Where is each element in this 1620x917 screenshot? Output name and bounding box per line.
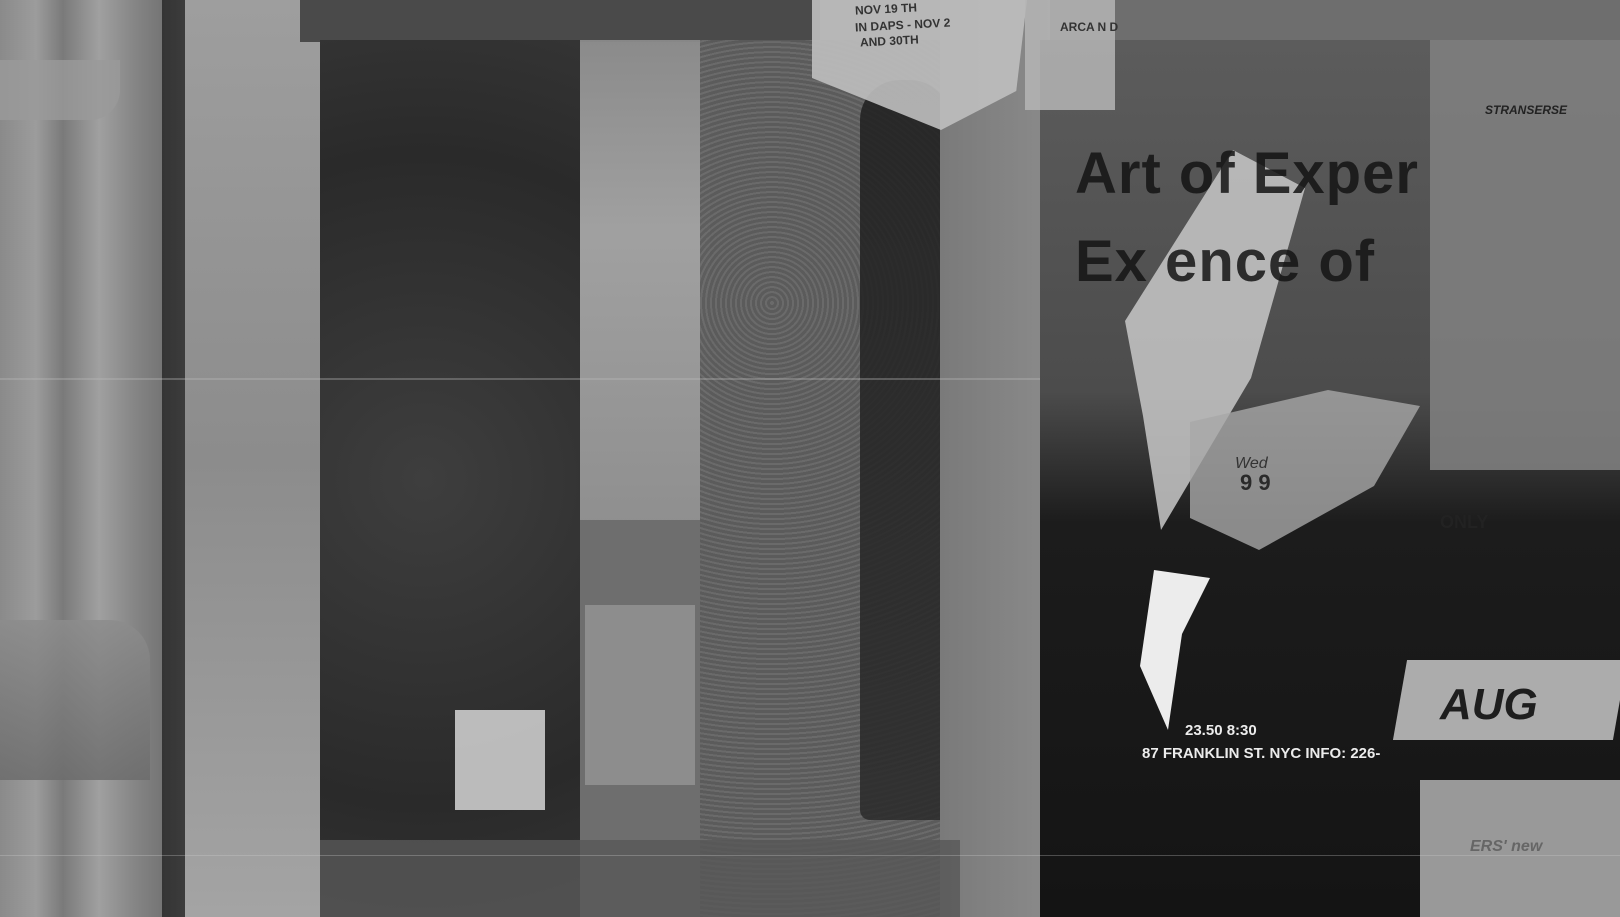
white-paper-scrap [455, 710, 545, 810]
grey-paper-sheet [585, 605, 695, 785]
poster-headline-line1: Art of Exper [1075, 140, 1419, 207]
shadow-figure [860, 80, 950, 820]
flyer-side-text: ARCA N D [1060, 20, 1118, 34]
wall-top-band [300, 0, 820, 42]
top-flyer-small [1025, 0, 1115, 110]
wed-number-text: 9 9 [1240, 470, 1271, 496]
column-base [0, 620, 150, 780]
film-scratch-line-lower [0, 855, 1620, 856]
event-address-text: 87 FRANKLIN ST. NYC INFO: 226- [1142, 745, 1380, 762]
aug-text: AUG [1440, 680, 1538, 730]
film-scratch-line [0, 378, 1040, 380]
strip-label-text: STRANSERSE [1485, 103, 1567, 117]
ground-strip [320, 840, 960, 917]
light-mid-panel [580, 40, 710, 520]
pale-wall-panel [185, 0, 320, 917]
bottom-scrawl-text: ERS' new [1470, 838, 1542, 856]
photograph: Art of Exper Ex ence of 23.50 8:30 87 FR… [0, 0, 1620, 917]
poster-headline-line2: Ex ence of [1075, 228, 1375, 295]
event-time-text: 23.50 8:30 [1185, 722, 1257, 739]
grey-wall-panel [940, 0, 1050, 917]
column-capital [0, 60, 120, 120]
only-text: ONLY [1440, 512, 1488, 533]
